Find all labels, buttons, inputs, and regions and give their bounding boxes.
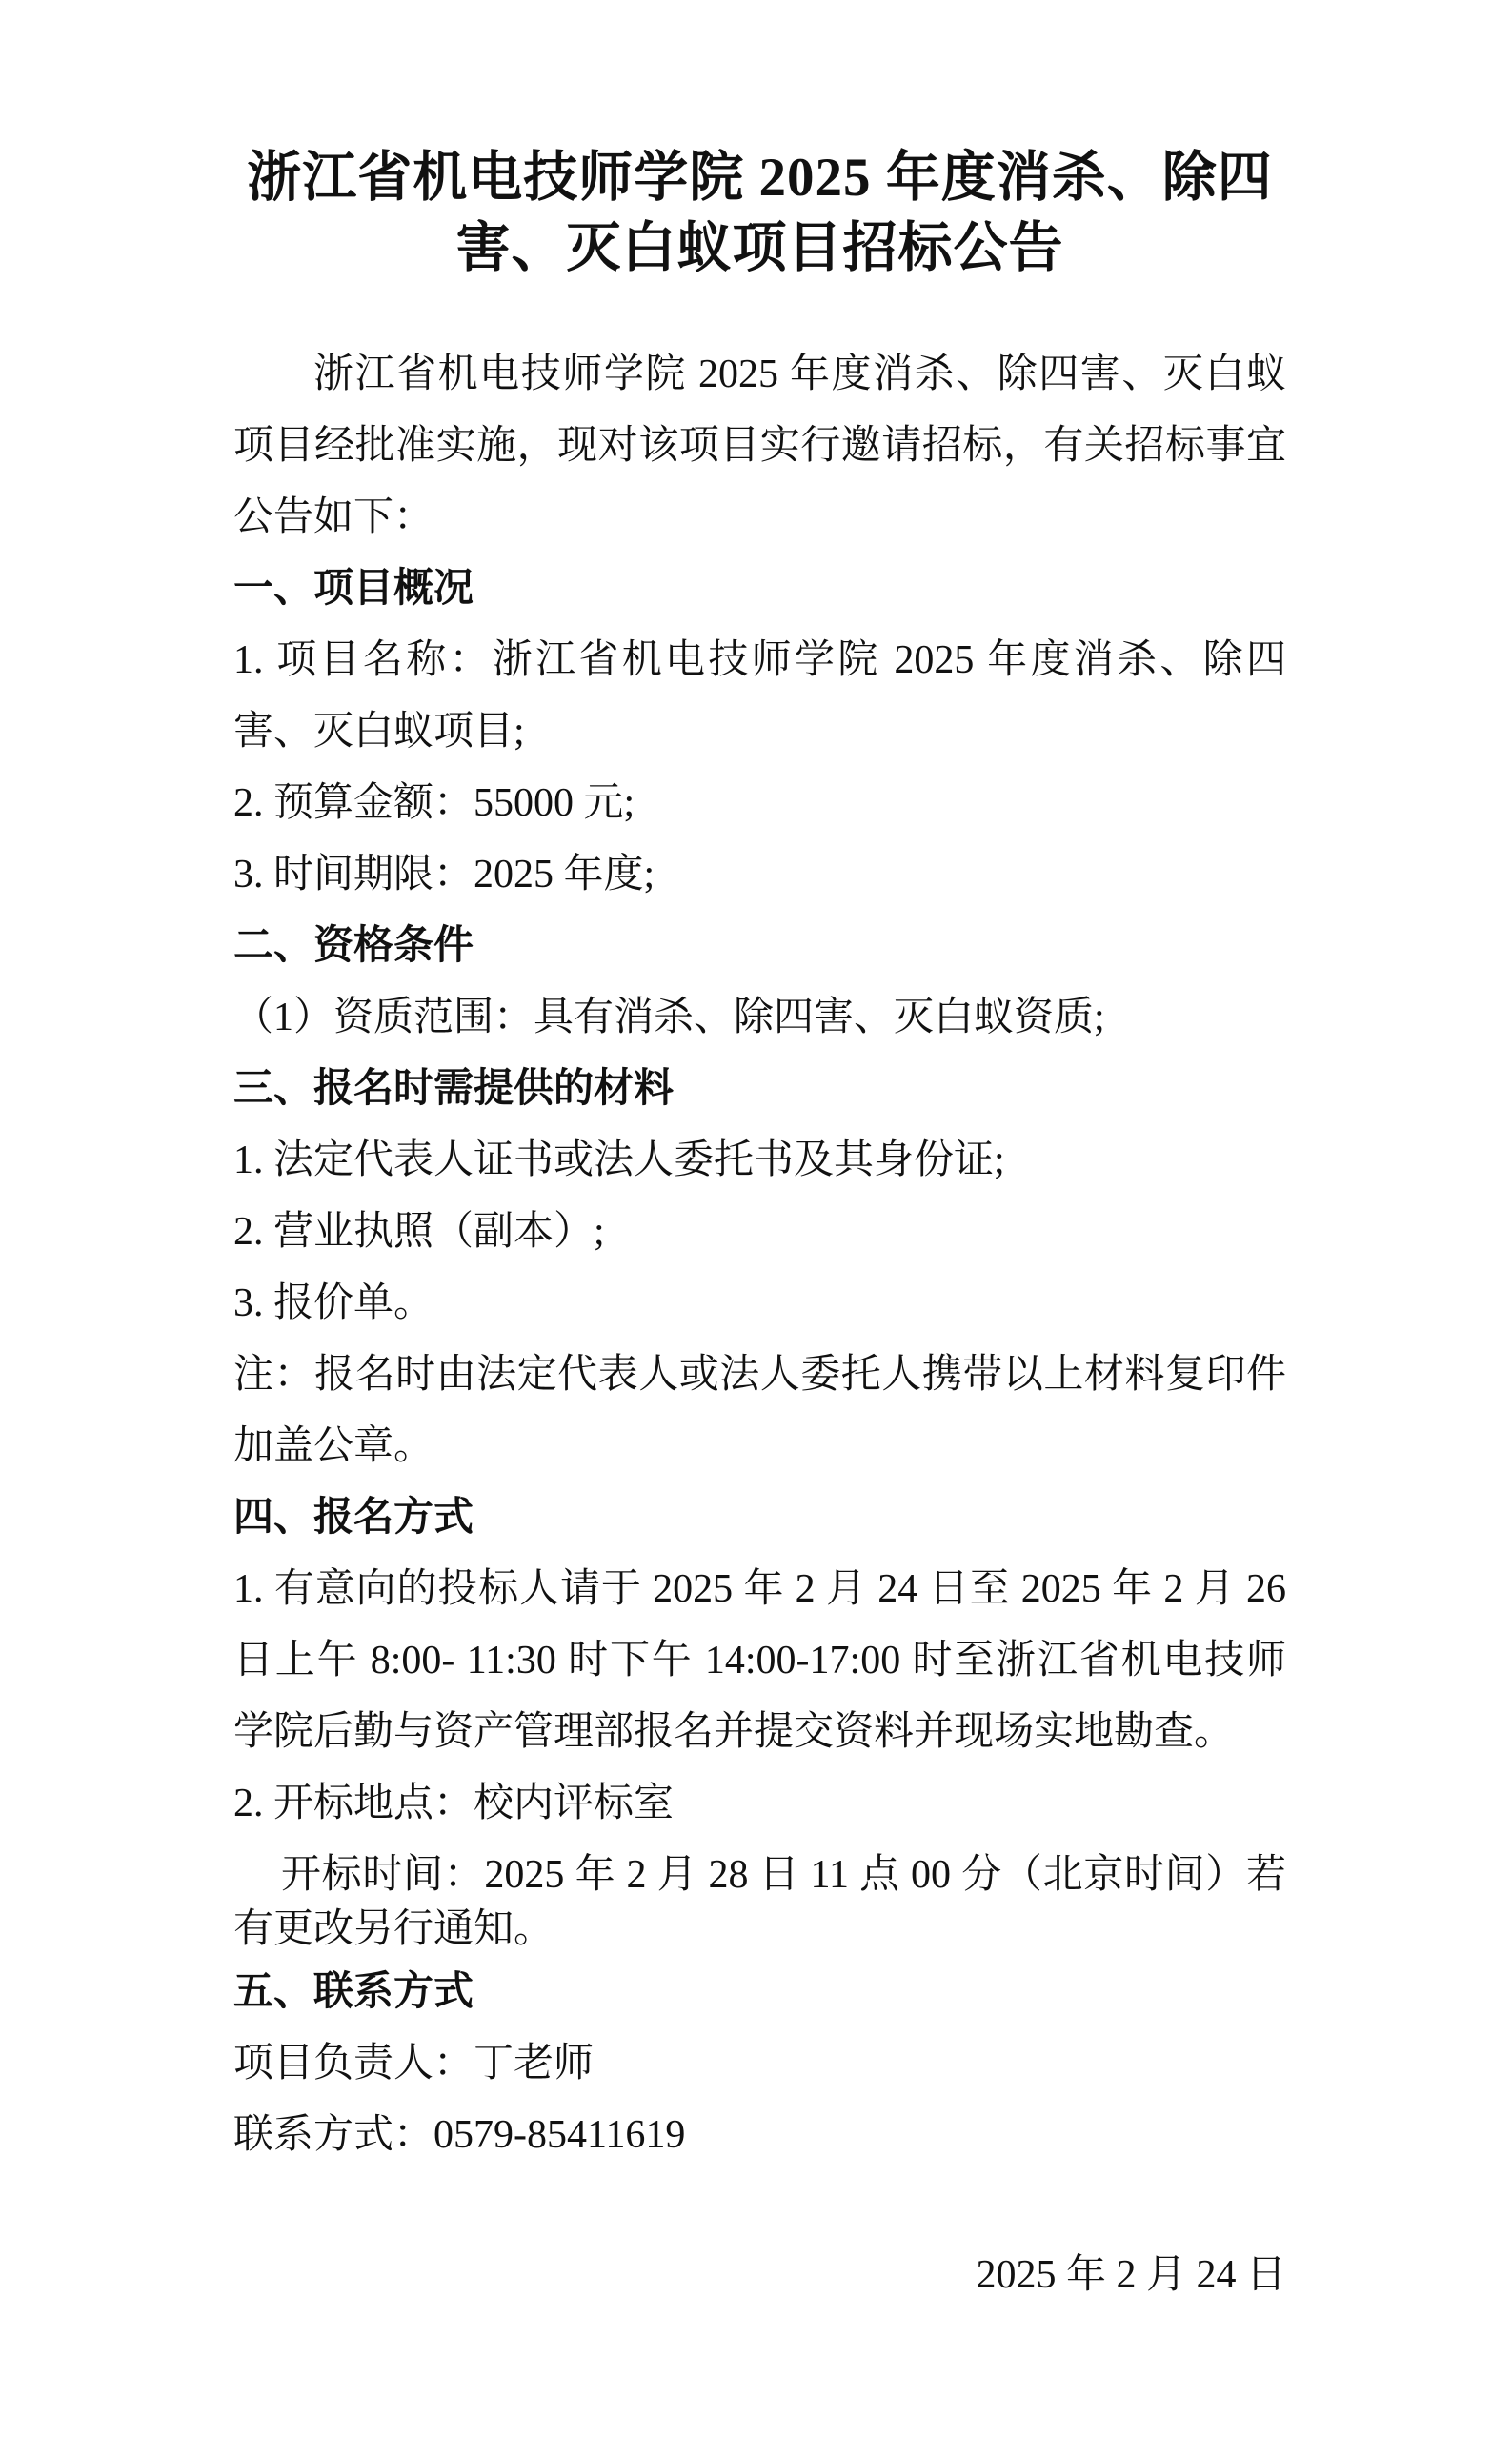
contact-person: 项目负责人：丁老师: [233, 2028, 1286, 2100]
material-item-3: 3. 报价单。: [233, 1268, 1286, 1340]
qualification-item: （1）资质范围：具有消杀、除四害、灭白蚁资质;: [233, 982, 1286, 1054]
intro-paragraph: 浙江省机电技师学院 2025 年度消杀、除四害、灭白蚁项目经批准实施，现对该项目…: [233, 339, 1286, 554]
contact-phone: 联系方式：0579-85411619: [233, 2100, 1286, 2171]
doc-title-line-1: 浙江省机电技师学院 2025 年度消杀、除四: [233, 143, 1286, 213]
project-name-item: 1. 项目名称：浙江省机电技师学院 2025 年度消杀、除四害、灭白蚁项目;: [233, 625, 1286, 768]
bid-opening-time-item: 开标时间：2025 年 2 月 28 日 11 点 00 分（北京时间）若有更改…: [233, 1848, 1286, 1957]
section-5-heading: 五、联系方式: [233, 1957, 1286, 2028]
section-1-heading: 一、项目概况: [233, 554, 1286, 625]
bid-opening-place-item: 2. 开标地点：校内评标室: [233, 1768, 1286, 1840]
material-item-1: 1. 法定代表人证书或法人委托书及其身份证;: [233, 1125, 1286, 1197]
document-page: 浙江省机电技师学院 2025 年度消杀、除四 害、灭白蚁项目招标公告 浙江省机电…: [0, 0, 1512, 2438]
registration-item: 1. 有意向的投标人请于 2025 年 2 月 24 日至 2025 年 2 月…: [233, 1554, 1286, 1768]
material-note: 注：报名时由法定代表人或法人委托人携带以上材料复印件加盖公章。: [233, 1340, 1286, 1482]
budget-item: 2. 预算金额：55000 元;: [233, 768, 1286, 839]
section-4-heading: 四、报名方式: [233, 1482, 1286, 1554]
time-period-item: 3. 时间期限：2025 年度;: [233, 839, 1286, 911]
doc-title: 浙江省机电技师学院 2025 年度消杀、除四 害、灭白蚁项目招标公告: [233, 143, 1286, 284]
material-item-2: 2. 营业执照（副本）;: [233, 1197, 1286, 1268]
doc-title-line-2: 害、灭白蚁项目招标公告: [233, 213, 1286, 284]
section-2-heading: 二、资格条件: [233, 911, 1286, 982]
doc-date: 2025 年 2 月 24 日: [233, 2240, 1286, 2311]
section-3-heading: 三、报名时需提供的材料: [233, 1054, 1286, 1125]
